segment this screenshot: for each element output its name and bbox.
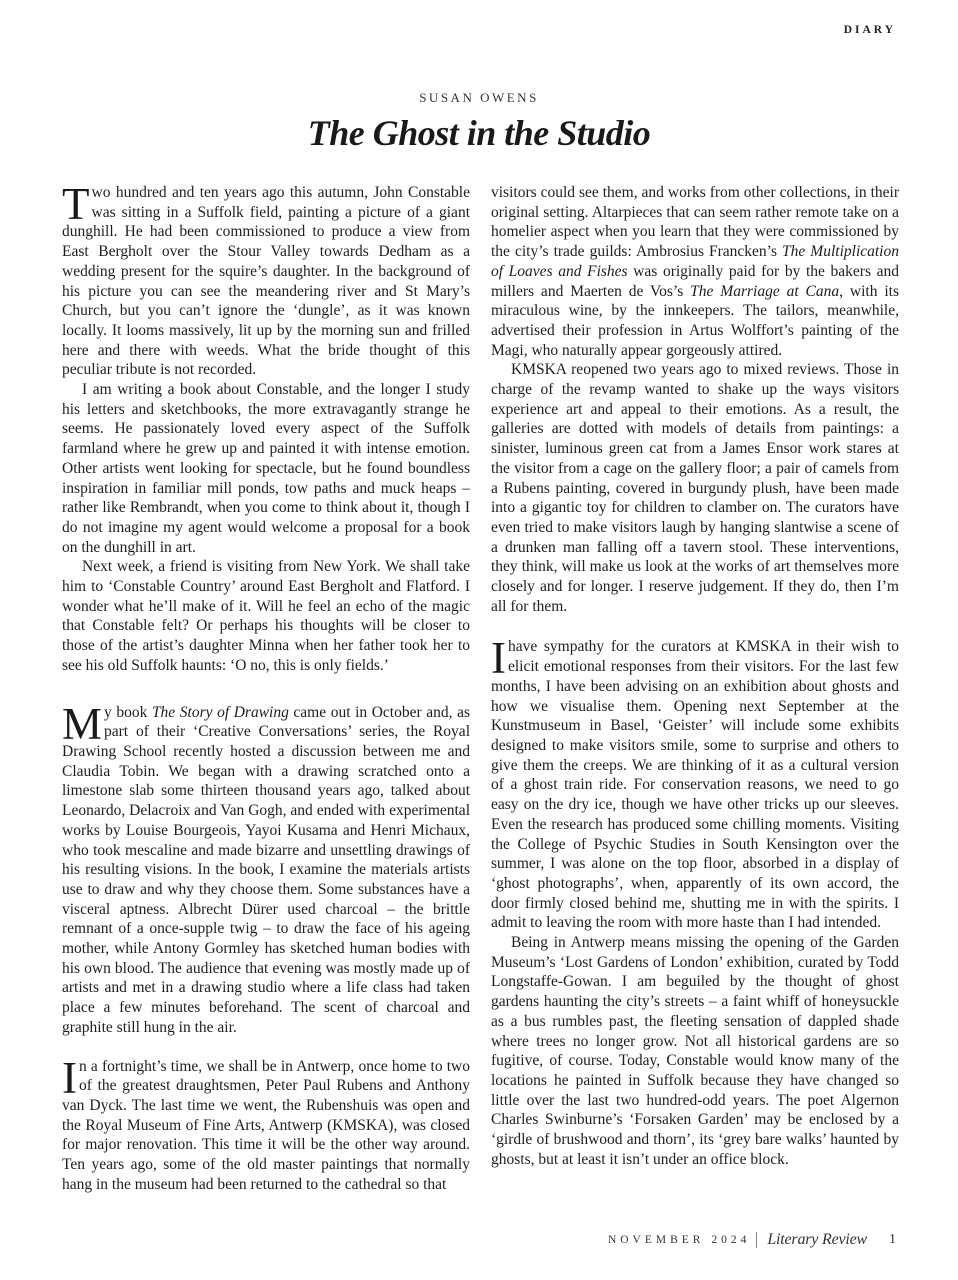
paragraph-text: I am writing a book about Constable, and… <box>62 381 470 556</box>
paragraph-text: y book <box>104 704 152 721</box>
paragraph-text: Being in Antwerp means missing the openi… <box>491 934 899 1168</box>
paragraph: In a fortnight’s time, we shall be in An… <box>62 1057 470 1195</box>
paragraph-text: have sympathy for the curators at KMSKA … <box>491 638 899 931</box>
drop-cap: T <box>62 185 90 221</box>
byline: SUSAN OWENS <box>0 90 958 106</box>
paragraph-text: wo hundred and ten years ago this autumn… <box>62 184 470 378</box>
paragraph: My book The Story of Drawing came out in… <box>62 703 470 1038</box>
paragraph: Being in Antwerp means missing the openi… <box>491 933 899 1169</box>
painting-title: The Marriage at Cana <box>690 283 839 300</box>
drop-cap: M <box>62 705 102 741</box>
drop-cap: I <box>491 639 506 675</box>
paragraph: Next week, a friend is visiting from New… <box>62 557 470 675</box>
page-footer: NOVEMBER 2024 Literary Review 1 <box>608 1231 896 1249</box>
paragraph-text: came out in October and, as part of thei… <box>62 704 470 1036</box>
paragraph: visitors could see them, and works from … <box>491 183 899 360</box>
section-label: DIARY <box>844 24 896 36</box>
paragraph: I have sympathy for the curators at KMSK… <box>491 637 899 933</box>
issue-date: NOVEMBER 2024 <box>608 1234 750 1246</box>
footer-divider <box>756 1232 757 1248</box>
paragraph-text: n a fortnight’s time, we shall be in Ant… <box>62 1058 470 1193</box>
paragraph: Two hundred and ten years ago this autum… <box>62 183 470 380</box>
magazine-name: Literary Review <box>767 1231 867 1249</box>
paragraph: KMSKA reopened two years ago to mixed re… <box>491 360 899 616</box>
left-column: Two hundred and ten years ago this autum… <box>62 183 470 1194</box>
drop-cap: I <box>62 1059 77 1095</box>
page-number: 1 <box>889 1232 896 1248</box>
article-title: The Ghost in the Studio <box>0 112 958 154</box>
paragraph: I am writing a book about Constable, and… <box>62 380 470 557</box>
paragraph-text: KMSKA reopened two years ago to mixed re… <box>491 361 899 614</box>
book-title: The Story of Drawing <box>152 704 289 721</box>
paragraph-text: Next week, a friend is visiting from New… <box>62 558 470 674</box>
right-column: visitors could see them, and works from … <box>491 183 899 1169</box>
